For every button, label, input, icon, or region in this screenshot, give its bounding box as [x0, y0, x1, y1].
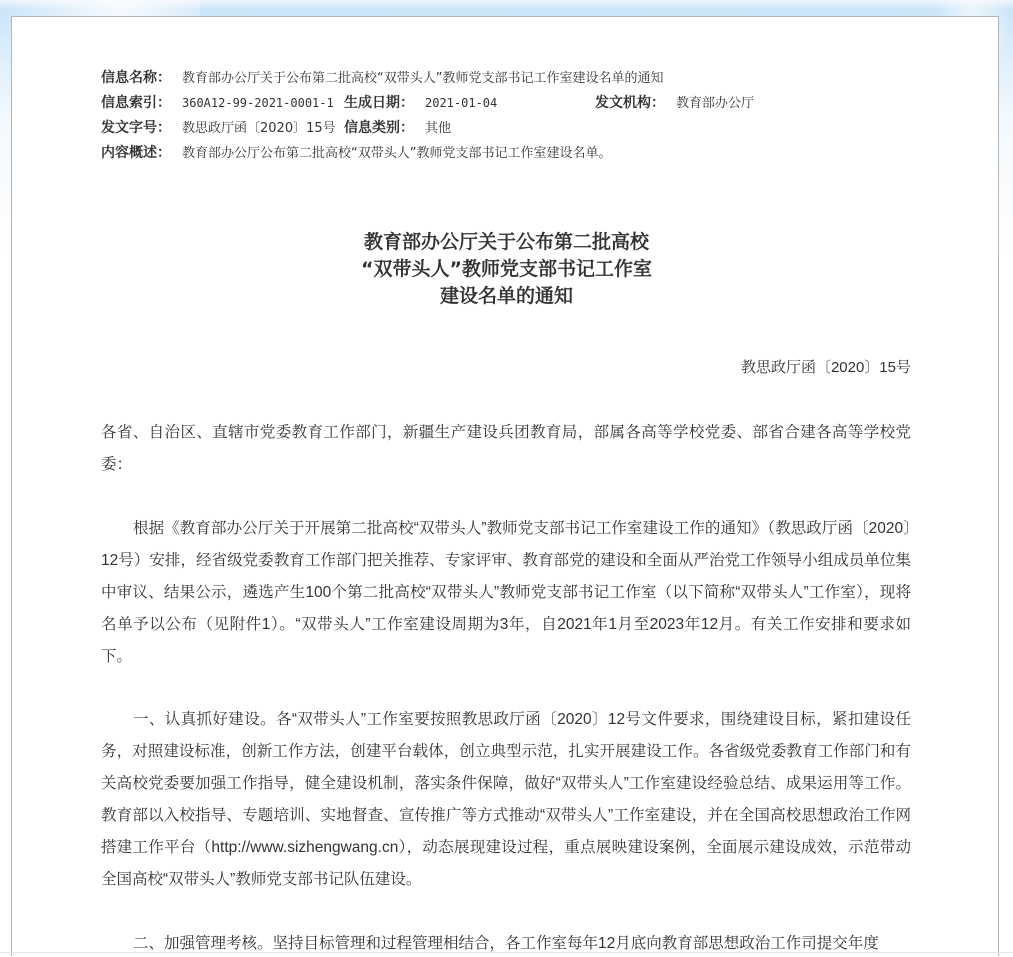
meta-summary-label: 内容概述：: [101, 141, 171, 166]
meta-category-value: 其他: [425, 116, 451, 141]
meta-row-docno: 发文字号： 教思政厅函〔2020〕15号 信息类别： 其他: [90, 116, 910, 141]
meta-name-value: 教育部办公厅关于公布第二批高校“双带头人”教师党支部书记工作室建设名单的通知: [182, 66, 663, 91]
meta-docno-label: 发文字号：: [101, 116, 171, 141]
meta-date-value: 2021-01-04: [425, 91, 497, 116]
meta-summary-value: 教育部办公厅公布第二批高校“双带头人”教师党支部书记工作室建设名单。: [182, 141, 611, 166]
document-title-line-2: “双带头人”教师党支部书记工作室: [0, 256, 1013, 283]
meta-row-name: 信息名称： 教育部办公厅关于公布第二批高校“双带头人”教师党支部书记工作室建设名…: [90, 66, 910, 91]
document-title-line-3: 建设名单的通知: [0, 283, 1013, 310]
body-paragraph-intro: 根据《教育部办公厅关于开展第二批高校“双带头人”教师党支部书记工作室建设工作的通…: [101, 513, 911, 673]
salutation-paragraph: 各省、自治区、直辖市党委教育工作部门，新疆生产建设兵团教育局，部属各高等学校党委…: [101, 417, 911, 481]
meta-index-value: 360A12-99-2021-0001-1: [182, 91, 334, 116]
meta-row-summary: 内容概述： 教育部办公厅公布第二批高校“双带头人”教师党支部书记工作室建设名单。: [90, 141, 910, 166]
meta-index-label: 信息索引：: [101, 91, 171, 116]
meta-category-label: 信息类别：: [344, 116, 414, 141]
document-title: 教育部办公厅关于公布第二批高校 “双带头人”教师党支部书记工作室 建设名单的通知: [0, 229, 1013, 310]
meta-name-label: 信息名称：: [101, 66, 171, 91]
meta-docno-value: 教思政厅函〔2020〕15号: [182, 116, 336, 141]
meta-row-index: 信息索引： 360A12-99-2021-0001-1 生成日期： 2021-0…: [90, 91, 910, 116]
document-title-line-1: 教育部办公厅关于公布第二批高校: [0, 229, 1013, 256]
meta-date-label: 生成日期：: [344, 91, 414, 116]
body-paragraph-section-1: 一、认真抓好建设。各“双带头人”工作室要按照教思政厅函〔2020〕12号文件要求…: [101, 704, 911, 896]
meta-issuer-value: 教育部办公厅: [676, 91, 754, 116]
meta-issuer-label: 发文机构：: [595, 91, 665, 116]
body-paragraph-section-2: 二、加强管理考核。坚持目标管理和过程管理相结合，各工作室每年12月底向教育部思想…: [101, 928, 911, 957]
document-number: 教思政厅函〔2020〕15号: [741, 356, 911, 377]
